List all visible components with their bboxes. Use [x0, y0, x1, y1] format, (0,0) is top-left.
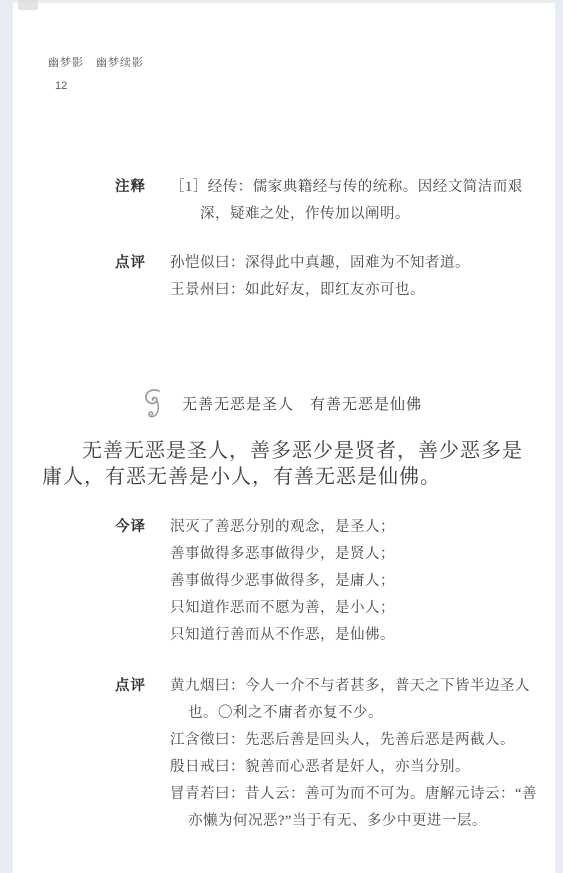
annotation-line: 深，疑难之处，作传加以阐明。 — [170, 201, 522, 228]
comments-label: 点评 — [115, 250, 170, 277]
translation-line: 善事做得多恶事做得少，是贤人； — [170, 541, 522, 568]
comment-line: 孙恺似曰：深得此中真趣，固难为不知者道。 — [170, 250, 522, 277]
comment-line: 殷日戒曰：貌善而心恶者是奸人，亦当分别。 — [170, 754, 522, 781]
book-page: 幽梦影 幽梦续影 12 注释 ［1］经传：儒家典籍经与传的统称。因经文简洁而艰 … — [13, 3, 555, 873]
translation-text: 泯灭了善恶分别的观念，是圣人； 善事做得多恶事做得少，是贤人； 善事做得少恶事做… — [170, 514, 522, 649]
comment-line: 王景州曰：如此好友，即红友亦可也。 — [170, 277, 522, 304]
comment-line: 亦懒为何况恶?”当于有无、多少中更进一层。 — [170, 808, 522, 835]
annotation-block: 注释 ［1］经传：儒家典籍经与传的统称。因经文简洁而艰 深，疑难之处，作传加以阐… — [115, 174, 522, 228]
quote-line: 庸人，有恶无善是小人，有善无恶是仙佛。 — [42, 464, 538, 490]
annotation-text: ［1］经传：儒家典籍经与传的统称。因经文简洁而艰 深，疑难之处，作传加以阐明。 — [170, 174, 522, 228]
comments-text: 孙恺似曰：深得此中真趣，固难为不知者道。 王景州曰：如此好友，即红友亦可也。 — [170, 250, 522, 304]
page-number: 12 — [55, 80, 67, 92]
translation-line: 泯灭了善恶分别的观念，是圣人； — [170, 514, 522, 541]
comment-line: 黄九烟曰：今人一介不与者甚多，普天之下皆半边圣人 — [170, 673, 522, 700]
comments-label: 点评 — [115, 673, 170, 700]
translation-line: 只知道作恶而不愿为善，是小人； — [170, 595, 522, 622]
running-header: 幽梦影 幽梦续影 — [48, 54, 144, 70]
translation-block: 今译 泯灭了善恶分别的观念，是圣人； 善事做得多恶事做得少，是贤人； 善事做得少… — [115, 514, 522, 649]
scan-artifact — [18, 0, 38, 10]
entry-title: 无善无恶是圣人 有善无恶是仙佛 — [182, 393, 422, 414]
comment-line: 江含徵曰：先恶后善是回头人，先善后恶是两截人。 — [170, 727, 522, 754]
annotation-line: ［1］经传：儒家典籍经与传的统称。因经文简洁而艰 — [170, 174, 522, 201]
comments-block-2: 点评 黄九烟曰：今人一介不与者甚多，普天之下皆半边圣人 也。〇利之不庸者亦复不少… — [115, 673, 522, 835]
translation-line: 善事做得少恶事做得多，是庸人； — [170, 568, 522, 595]
comment-line: 冒青若曰：昔人云：善可为而不可为。唐解元诗云：“善 — [170, 781, 522, 808]
quote-line: 无善无恶是圣人，善多恶少是贤者，善少恶多是 — [42, 438, 538, 464]
comment-line: 也。〇利之不庸者亦复不少。 — [170, 700, 522, 727]
entry-title-row: 无善无恶是圣人 有善无恶是仙佛 — [144, 382, 422, 425]
main-quote: 无善无恶是圣人，善多恶少是贤者，善少恶多是 庸人，有恶无善是小人，有善无恶是仙佛… — [42, 438, 538, 490]
comments-text: 黄九烟曰：今人一介不与者甚多，普天之下皆半边圣人 也。〇利之不庸者亦复不少。 江… — [170, 673, 522, 835]
cloud-scroll-flourish-icon — [144, 388, 168, 425]
reader-background: { "colors": { "viewer_band": "#e8edf4", … — [0, 0, 563, 873]
translation-line: 只知道行善而从不作恶，是仙佛。 — [170, 622, 522, 649]
translation-label: 今译 — [115, 514, 170, 541]
comments-block-1: 点评 孙恺似曰：深得此中真趣，固难为不知者道。 王景州曰：如此好友，即红友亦可也… — [115, 250, 522, 304]
annotation-label: 注释 — [115, 174, 170, 201]
